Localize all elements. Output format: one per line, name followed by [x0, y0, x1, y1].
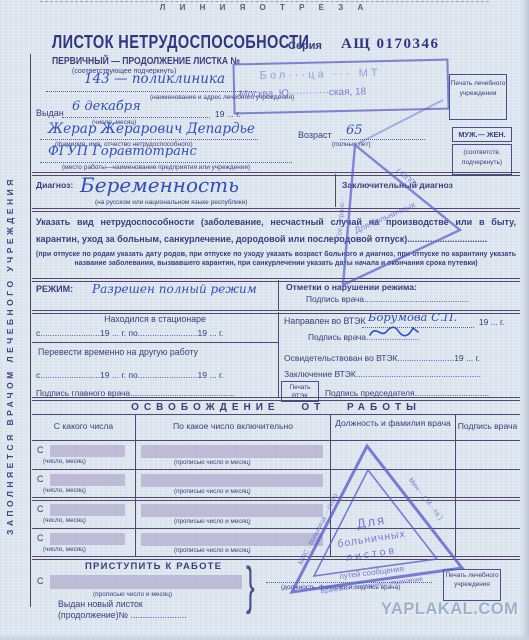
- row4-to-note: (прописью число и месяц): [174, 548, 251, 555]
- form-title: ЛИСТОК НЕТРУДОСПОСОБНОСТИ: [52, 33, 309, 54]
- large-stamp-edge-left: МПС · больница ···ского: [297, 492, 340, 566]
- small-stamp-center: Для больничных: [353, 199, 418, 235]
- vtek-conclusion-line: Заключение ВТЭК.........................…: [284, 370, 481, 379]
- sidebar-vertical-label: ЗАПОЛНЯЕТСЯ ВРАЧОМ ЛЕЧЕБНОГО УЧРЕЖДЕНИЯ: [6, 95, 15, 535]
- row2-to-note: (прописью число и месяц): [174, 489, 251, 496]
- vtek-divider: [278, 312, 279, 397]
- rule-table-top: [32, 397, 520, 401]
- hospital-stay-label: Находился в стационаре: [32, 315, 278, 325]
- vtek-exam-line: Освидетельствован во ВТЭК...............…: [284, 354, 480, 363]
- large-triangle-stamp: Для больничных листов путей сообщения Вр…: [272, 428, 477, 608]
- workplace-dotted-line: [40, 161, 292, 163]
- small-triangle-stamp: Гос···транс··· ( МПС ) Для больничных: [328, 92, 473, 297]
- row1-from-slot: [50, 445, 125, 457]
- paper-edge-right: [521, 0, 529, 640]
- resume-date-slot: [50, 575, 242, 589]
- large-stamp-center1: Для: [356, 512, 387, 531]
- new-sheet-line1: Выдан новый листок: [58, 600, 143, 610]
- col-from-header: С какого числа: [33, 422, 134, 431]
- paper-edge-bottom: [0, 634, 529, 640]
- regime-label: РЕЖИМ:: [36, 285, 73, 295]
- row1-prefix: С: [37, 446, 44, 456]
- row3-from-slot: [50, 504, 125, 516]
- issued-year: 19 ... г.: [215, 110, 241, 119]
- issued-handwritten-date: 6 декабря: [72, 100, 141, 113]
- row4-from-slot: [50, 533, 125, 545]
- row2-from-note: (число, месяц): [43, 488, 86, 495]
- issued-label: Выдан: [36, 109, 64, 119]
- vtek-sent-year: 19 ... г.: [479, 318, 504, 327]
- row4-from-note: (число, месяц): [43, 547, 86, 554]
- name-dotted-line: [40, 138, 258, 140]
- regime-divider: [278, 280, 279, 310]
- workplace-note: (место работы—наименование предприятия и…: [62, 164, 250, 171]
- sidebar-divider: [30, 54, 31, 607]
- large-stamp-edge-right: Мин··· ( М···та ): [407, 477, 444, 521]
- col-doctor-header: Должность и фамилия врача: [333, 418, 453, 428]
- regime-handwritten: Разрешен полный режим: [92, 283, 257, 295]
- age-label: Возраст: [298, 131, 332, 141]
- diagnosis-lang-note: (на русском или национальном языке респу…: [95, 199, 247, 206]
- form-type-label: ПЕРВИЧНЫЙ — ПРОДОЛЖЕНИЕ ЛИСТКА №: [52, 56, 240, 67]
- rule-stay: [32, 342, 278, 343]
- vtek-sent-label: Направлен во ВТЭК: [284, 317, 366, 327]
- new-sheet-line2: (продолжение)№ .......................: [58, 611, 187, 621]
- clinic-handwritten-value: 143 — поликлиника: [84, 73, 225, 87]
- resume-prefix: С: [37, 577, 44, 587]
- diagnosis-label: Диагноз:: [36, 181, 73, 190]
- resume-note: (прописью число и месяц): [93, 591, 172, 598]
- transfer-label: Перевести временно на другую работу: [38, 348, 198, 358]
- row1-to-note: (прописью число и месяц): [174, 460, 251, 467]
- row3-prefix: С: [37, 505, 44, 515]
- release-table-title: ОСВОБОЖДЕНИЕ ОТ РАБОТЫ: [32, 402, 520, 413]
- sick-leave-form: Л И Н И Я О Т Р Е З А ЗАПОЛНЯЕТСЯ ВРАЧОМ…: [0, 0, 529, 640]
- row1-from-note: (число, месяц): [43, 459, 86, 466]
- rule-table-header-top: [32, 414, 520, 415]
- doctor-signature: [368, 322, 420, 342]
- hospital-stay-dates: с.........................19 ... г. по..…: [36, 329, 223, 338]
- resume-work-title: ПРИСТУПИТЬ К РАБОТЕ: [85, 562, 222, 572]
- hospital-stamp-line1: Бол···ца ··· МТ: [260, 67, 381, 82]
- clinic-dotted-line: [46, 90, 256, 92]
- patient-name-handwritten: Жерар Жерарович Депардье: [48, 123, 255, 137]
- series-label: Серия: [288, 40, 322, 52]
- row3-from-note: (число, месяц): [43, 518, 86, 525]
- workplace-handwritten: ФГУП Горавтотранс: [48, 145, 197, 158]
- transfer-dates: с.........................19 ... г. по..…: [36, 371, 223, 380]
- cut-line-label: Л И Н И Я О Т Р Е З А: [0, 4, 529, 13]
- row4-prefix: С: [37, 534, 44, 544]
- series-number: АЩ 0170346: [341, 36, 440, 53]
- row2-from-slot: [50, 474, 125, 486]
- diagnosis-handwritten: Беременность: [80, 175, 239, 195]
- row3-to-note: (прописью число и месяц): [174, 519, 251, 526]
- perforation-line: [40, 1, 489, 2]
- row2-prefix: С: [37, 475, 44, 485]
- small-stamp-edge-left: Гос···транс···: [336, 195, 347, 239]
- table-vline-1: [135, 414, 136, 557]
- brace-glyph: }: [246, 558, 255, 615]
- issued-dotted-line: [62, 116, 210, 118]
